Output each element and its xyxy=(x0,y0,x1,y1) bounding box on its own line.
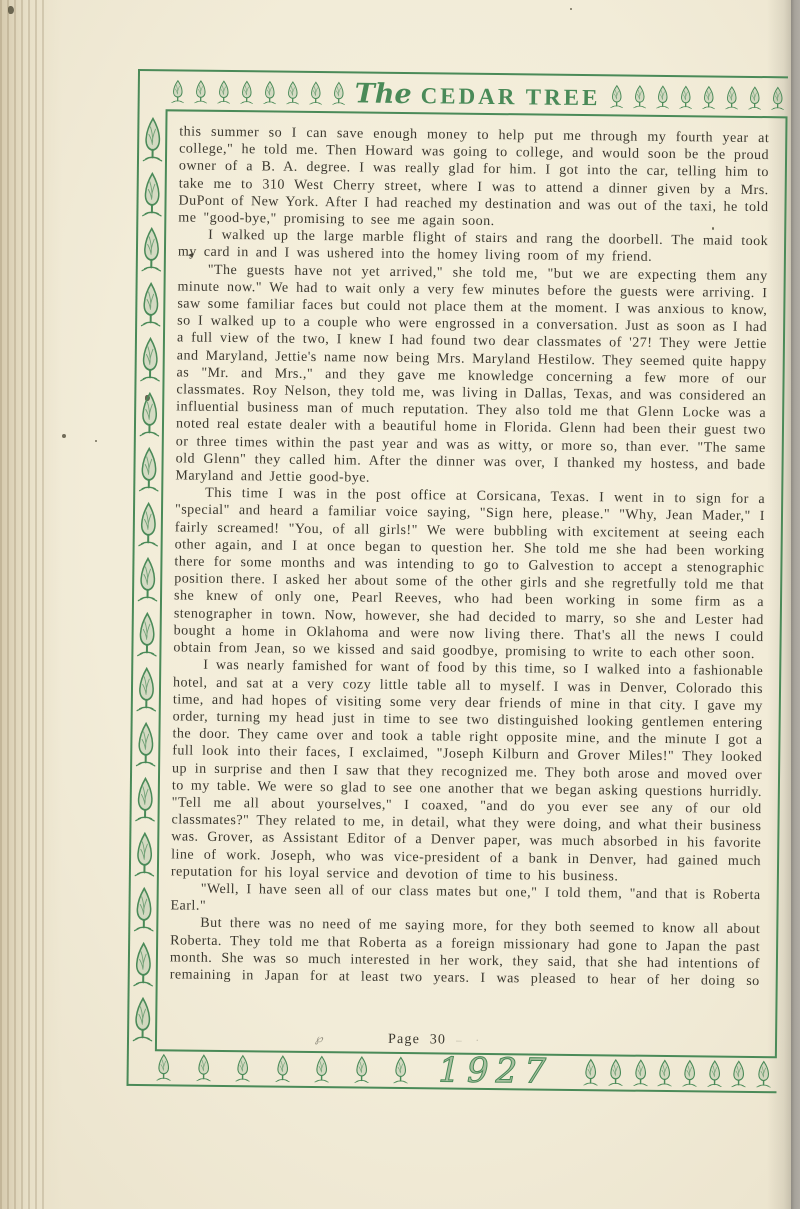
cedar-tree-icon xyxy=(155,1053,173,1082)
cedar-tree-icon xyxy=(131,831,157,879)
cedar-tree-icon xyxy=(331,81,347,106)
cedar-tree-icon xyxy=(216,79,232,104)
cedar-tree-icon xyxy=(132,776,158,824)
cedar-tree-icon xyxy=(730,1059,748,1088)
book-page-scan: { "masthead": { "word_the": "The", "titl… xyxy=(0,0,800,1209)
story-paragraph: But there was no need of me saying more,… xyxy=(170,915,761,991)
year-trees-right xyxy=(582,1058,773,1089)
masthead-word-the: The xyxy=(355,78,412,110)
cedar-tree-icon xyxy=(170,79,186,104)
cedar-tree-icon xyxy=(631,84,647,109)
year-text: 1927 xyxy=(438,1054,553,1089)
scanned-page: The CEDAR TREE this summer so I can save… xyxy=(0,0,800,1209)
story-text-block: this summer so I can save enough money t… xyxy=(155,109,788,1058)
cedar-tree-icon xyxy=(138,226,164,274)
cedar-tree-icon xyxy=(606,1058,624,1087)
page-number-label: Page 30– · xyxy=(388,1032,482,1049)
page-number-text: Page 30 xyxy=(388,1032,446,1048)
cedar-tree-icon xyxy=(131,886,157,934)
cedar-tree-icon xyxy=(139,171,165,219)
ink-blot-artifact: ◂ xyxy=(188,250,193,261)
cedar-tree-icon xyxy=(285,80,301,105)
frame-middle: this summer so I can save enough money t… xyxy=(129,109,788,1058)
cedar-tree-icon xyxy=(746,85,762,110)
cedar-tree-icon xyxy=(193,79,209,104)
cedar-tree-icon xyxy=(130,941,156,989)
cedar-tree-icon xyxy=(273,1054,291,1083)
cedar-tree-icon xyxy=(608,84,624,109)
cedar-tree-icon xyxy=(308,80,324,105)
cedar-tree-icon xyxy=(137,336,163,384)
cedar-tree-icon xyxy=(656,1058,674,1087)
year-numerals: 1927 xyxy=(414,1054,578,1089)
cedar-tree-icon xyxy=(700,85,716,110)
cedar-tree-icon xyxy=(680,1059,698,1088)
masthead-trees-left xyxy=(170,79,347,106)
cedar-tree-icon xyxy=(139,116,165,164)
smudge-artifact: – · xyxy=(456,1035,482,1047)
masthead-trees-right xyxy=(608,84,785,111)
cedar-tree-icon xyxy=(134,611,160,659)
masthead-title: CEDAR TREE xyxy=(421,83,601,111)
cedar-tree-icon xyxy=(754,1060,772,1089)
cedar-tree-icon xyxy=(129,996,155,1044)
cedar-tree-icon xyxy=(194,1053,212,1082)
cedar-tree-icon xyxy=(136,446,162,494)
story-paragraph: "The guests have not yet arrived," she t… xyxy=(175,261,767,491)
cedar-tree-icon xyxy=(313,1055,331,1084)
cedar-tree-icon xyxy=(135,501,161,549)
story-paragraph: this summer so I can save enough money t… xyxy=(178,123,769,233)
year-trees-left xyxy=(155,1053,410,1085)
cedar-tree-icon xyxy=(582,1058,600,1087)
masthead: The CEDAR TREE xyxy=(355,78,601,112)
decorative-border-frame: The CEDAR TREE this summer so I can save… xyxy=(126,69,787,1093)
printers-mark-artifact: ℘ xyxy=(315,1032,323,1045)
cedar-tree-icon xyxy=(134,556,160,604)
cedar-tree-icon xyxy=(136,391,162,439)
cedar-tree-icon xyxy=(133,721,159,769)
cedar-tree-icon xyxy=(654,84,670,109)
cedar-tree-icon xyxy=(677,85,693,110)
cedar-tree-icon xyxy=(392,1055,410,1084)
cedar-tree-icon xyxy=(138,281,164,329)
cedar-tree-icon xyxy=(723,85,739,110)
cedar-tree-icon xyxy=(631,1058,649,1087)
cedar-tree-icon xyxy=(262,80,278,105)
cedar-tree-icon xyxy=(234,1054,252,1083)
cedar-tree-icon xyxy=(352,1055,370,1084)
cedar-tree-icon xyxy=(705,1059,723,1088)
cedar-tree-icon xyxy=(769,86,785,111)
cedar-tree-icon xyxy=(239,80,255,105)
story-paragraph: I was nearly famished for want of food b… xyxy=(171,657,763,887)
cedar-tree-icon xyxy=(133,666,159,714)
story-paragraph: This time I was in the post office at Co… xyxy=(173,485,765,664)
